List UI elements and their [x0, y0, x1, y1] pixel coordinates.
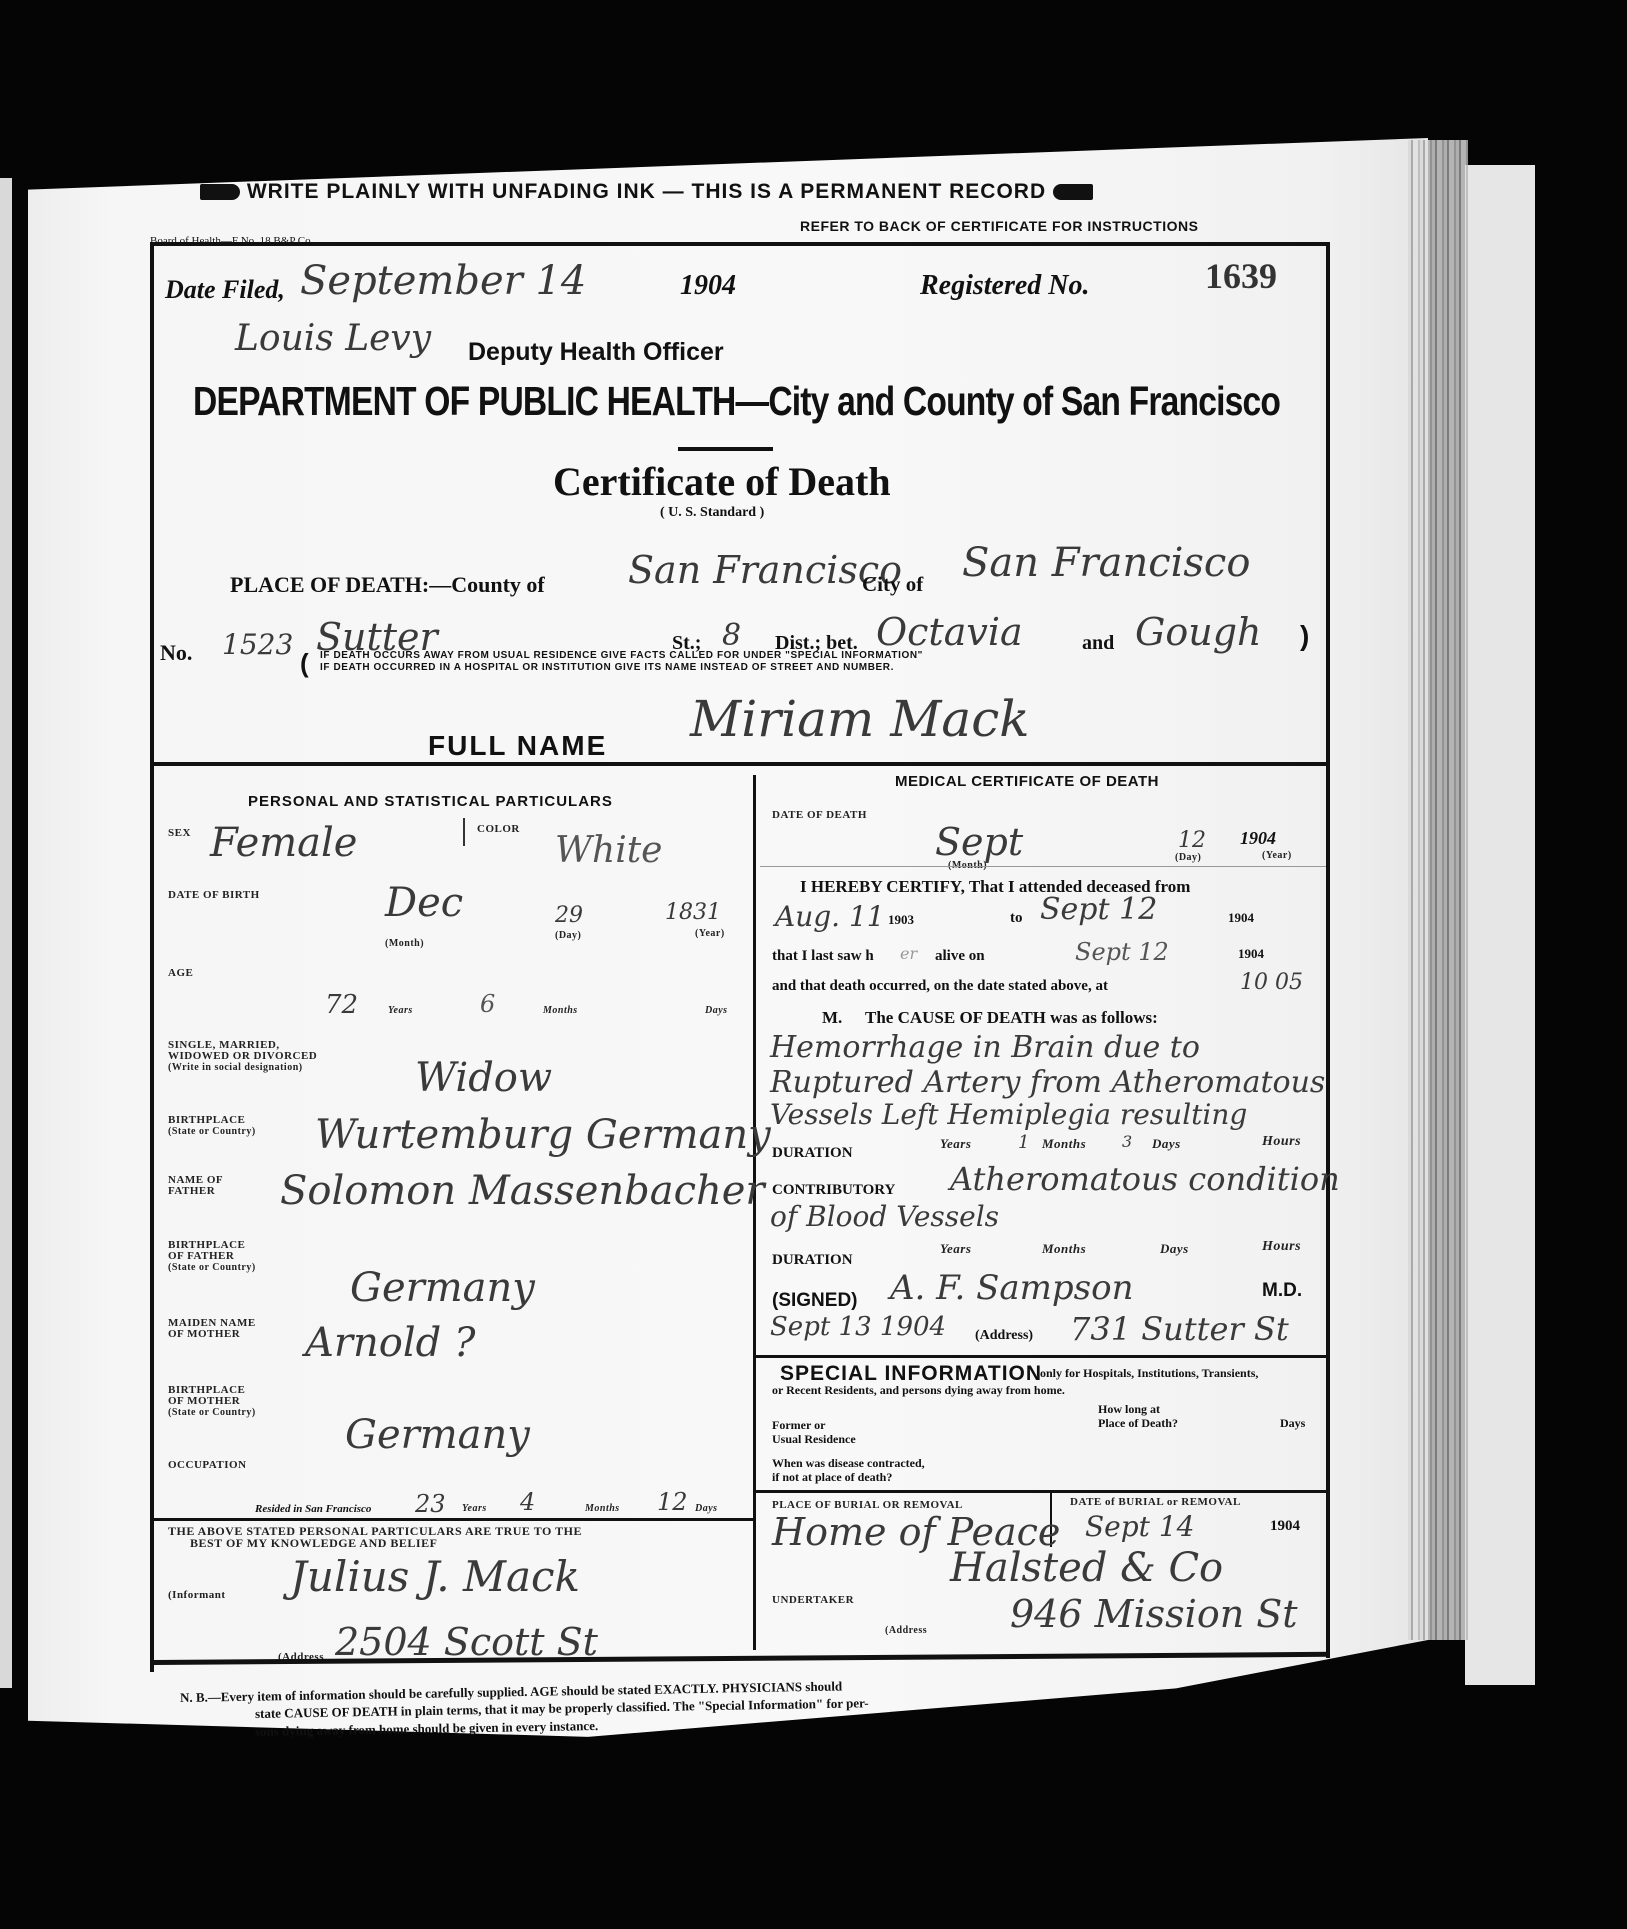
city-value: San Francisco	[962, 540, 1250, 586]
undertaker-label: UNDERTAKER	[772, 1595, 854, 1606]
duration-years-caption: Years	[940, 1138, 971, 1149]
father-bp-label-2: OF FATHER	[168, 1251, 234, 1262]
county-value: San Francisco	[628, 548, 902, 592]
last-saw-date: Sept 12	[1075, 938, 1169, 966]
informant-name: Julius J. Mack	[290, 1552, 580, 1601]
resided-months-caption: Months	[585, 1503, 620, 1514]
and-label: and	[1082, 632, 1114, 655]
sex-color-divider	[463, 818, 465, 846]
street-no-label: No.	[160, 640, 192, 666]
adjacent-page-edge	[0, 178, 12, 1688]
dob-label: DATE OF BIRTH	[168, 890, 260, 901]
place-note-2: IF DEATH OCCURRED IN A HOSPITAL OR INSTI…	[320, 662, 894, 673]
signed-label: (SIGNED)	[772, 1290, 858, 1312]
page-stack-edge	[1408, 140, 1468, 1640]
special-divider	[756, 1355, 1326, 1358]
undertaker-address-label: (Address	[885, 1625, 927, 1636]
marital-label-2: WIDOWED OR DIVORCED	[168, 1051, 317, 1062]
age-months-caption: Months	[543, 1005, 578, 1016]
top-border	[150, 242, 1330, 246]
full-name-label: FULL NAME	[428, 730, 607, 762]
informant-statement-2: BEST OF MY KNOWLEDGE AND BELIEF	[190, 1538, 437, 1549]
dob-year: 1831	[665, 900, 721, 925]
md-label: M.D.	[1262, 1280, 1302, 1302]
informant-label: (Informant	[168, 1590, 226, 1601]
date-filed-value: September 14	[300, 258, 586, 304]
contracted-label-1: When was disease contracted,	[772, 1456, 925, 1471]
age-label: AGE	[168, 968, 193, 979]
age-years-caption: Years	[388, 1005, 413, 1016]
close-paren: )	[1300, 620, 1309, 652]
attended-to: Sept 12	[1040, 892, 1157, 927]
refer-note: REFER TO BACK OF CERTIFICATE FOR INSTRUC…	[800, 218, 1198, 234]
duration-label: DURATION	[772, 1145, 853, 1162]
duration2-label: DURATION	[772, 1252, 853, 1269]
time-suffix: M.	[822, 1008, 842, 1028]
open-paren: (	[300, 648, 309, 679]
sex-label: SEX	[168, 828, 191, 839]
right-border	[1326, 242, 1330, 1658]
burial-divider	[756, 1490, 1326, 1493]
occurred-text: and that death occurred, on the date sta…	[772, 978, 1108, 995]
birthplace-label-1: BIRTHPLACE	[168, 1115, 245, 1126]
former-label-1: Former or	[772, 1418, 825, 1433]
signed-date: Sept 13 1904	[770, 1312, 946, 1342]
attended-from-year: 1903	[888, 912, 914, 928]
cause-line-3: Vessels Left Hemiplegia resulting	[770, 1098, 1247, 1131]
officer-signature: Louis Levy	[235, 318, 431, 359]
dod-divider	[760, 866, 1326, 867]
mother-label-2: OF MOTHER	[168, 1329, 240, 1340]
physician-address-label: (Address)	[975, 1328, 1033, 1344]
birthplace-label-2: (State or Country)	[168, 1126, 256, 1137]
last-saw-pronoun: er	[900, 944, 917, 963]
left-border	[150, 242, 154, 1672]
ink-instruction: WRITE PLAINLY WITH UNFADING INK — THIS I…	[200, 180, 1093, 204]
duration2-months-caption: Months	[1042, 1243, 1086, 1254]
sex-value: Female	[210, 820, 357, 866]
duration2-years-caption: Years	[940, 1243, 971, 1254]
father-birthplace: Germany	[350, 1265, 535, 1311]
father-label-2: FATHER	[168, 1186, 215, 1197]
duration-hours-caption: Hours	[1262, 1136, 1301, 1147]
dob-month: Dec	[385, 880, 463, 926]
dod-day: 12	[1178, 828, 1206, 853]
mother-bp-label-2: OF MOTHER	[168, 1396, 240, 1407]
physician-address: 731 Sutter St	[1070, 1310, 1289, 1348]
duration2-days-caption: Days	[1160, 1243, 1189, 1254]
occupation-label: OCCUPATION	[168, 1460, 247, 1471]
physician-signature: A. F. Sampson	[890, 1268, 1133, 1308]
burial-date-label: DATE of BURIAL or REMOVAL	[1070, 1497, 1241, 1508]
alive-on-label: alive on	[935, 948, 985, 965]
date-filed-label: Date Filed,	[165, 275, 285, 305]
certificate-title: Certificate of Death	[553, 458, 891, 505]
age-days-caption: Days	[705, 1005, 728, 1016]
cause-label: The CAUSE OF DEATH was as follows:	[865, 1008, 1158, 1028]
informant-divider	[154, 1518, 754, 1521]
cross-street-1: Octavia	[876, 610, 1023, 654]
age-years: 72	[325, 990, 358, 1020]
duration-days: 3	[1122, 1132, 1132, 1151]
medical-heading: MEDICAL CERTIFICATE OF DEATH	[895, 773, 1159, 790]
dod-year-caption: (Year)	[1262, 850, 1292, 861]
registered-label: Registered No.	[920, 270, 1090, 302]
burial-date-value: Sept 14	[1085, 1510, 1194, 1543]
how-long-label-2: Place of Death?	[1098, 1416, 1178, 1431]
duration-months-caption: Months	[1042, 1138, 1086, 1149]
pointing-hand-right-icon	[200, 184, 240, 200]
department-title: DEPARTMENT OF PUBLIC HEALTH—City and Cou…	[193, 378, 1280, 425]
dob-day: 29	[555, 903, 583, 928]
special-heading-line2: or Recent Residents, and persons dying a…	[772, 1383, 1065, 1398]
cause-line-1: Hemorrhage in Brain due to	[770, 1030, 1200, 1065]
dob-year-caption: (Year)	[695, 928, 725, 939]
resided-label: Resided in San Francisco	[255, 1503, 371, 1515]
former-label-2: Usual Residence	[772, 1432, 856, 1447]
contributory-label: CONTRIBUTORY	[772, 1182, 895, 1199]
city-label: City of	[862, 572, 923, 597]
dod-month: Sept	[935, 820, 1023, 864]
birthplace-value: Wurtemburg Germany	[315, 1112, 771, 1158]
last-saw-label: that I last saw h	[772, 948, 874, 965]
pointing-hand-left-icon	[1053, 184, 1093, 200]
officer-title: Deputy Health Officer	[468, 338, 724, 367]
marital-value: Widow	[415, 1055, 552, 1101]
title-divider	[678, 447, 773, 451]
to-label: to	[1010, 910, 1023, 927]
dob-day-caption: (Day)	[555, 930, 581, 941]
dob-month-caption: (Month)	[385, 938, 424, 949]
undertaker-address: 946 Mission St	[1010, 1592, 1298, 1636]
father-bp-label-3: (State or Country)	[168, 1262, 256, 1273]
age-months: 6	[480, 990, 495, 1018]
marital-label-3: (Write in social designation)	[168, 1062, 303, 1073]
last-saw-year: 1904	[1238, 946, 1264, 962]
standard-note: ( U. S. Standard )	[660, 505, 764, 521]
street-number: 1523	[222, 628, 293, 661]
duration2-hours-caption: Hours	[1262, 1241, 1301, 1252]
duration-months: 1	[1018, 1132, 1029, 1153]
personal-heading: PERSONAL AND STATISTICAL PARTICULARS	[248, 793, 613, 810]
time-of-death: 10 05	[1240, 970, 1303, 995]
dod-day-caption: (Day)	[1175, 852, 1201, 863]
father-name: Solomon Massenbacher	[280, 1168, 765, 1214]
ink-instruction-text: WRITE PLAINLY WITH UNFADING INK — THIS I…	[247, 180, 1046, 203]
resided-days-caption: Days	[695, 1503, 718, 1514]
mother-maiden-name: Arnold ?	[305, 1320, 475, 1366]
cause-line-2: Ruptured Artery from Atheromatous	[770, 1065, 1325, 1100]
dod-year: 1904	[1240, 828, 1276, 849]
contributory-line-2: of Blood Vessels	[770, 1200, 999, 1233]
burial-year: 1904	[1270, 1518, 1300, 1535]
dod-label: DATE OF DEATH	[772, 810, 867, 821]
place-note-1: IF DEATH OCCURS AWAY FROM USUAL RESIDENC…	[320, 650, 923, 661]
resided-years-caption: Years	[462, 1503, 487, 1514]
special-heading-suffix: only for Hospitals, Institutions, Transi…	[1040, 1366, 1258, 1381]
mother-bp-label-3: (State or Country)	[168, 1407, 256, 1418]
mother-birthplace: Germany	[345, 1412, 530, 1458]
attended-to-year: 1904	[1228, 910, 1254, 926]
resided-days: 12	[657, 1488, 688, 1516]
back-page-edge	[1465, 165, 1535, 1685]
resided-years: 23	[415, 1490, 446, 1518]
full-name-value: Miriam Mack	[690, 690, 1030, 748]
district-number: 8	[722, 618, 741, 653]
duration-days-caption: Days	[1152, 1138, 1181, 1149]
how-long-label-1: How long at	[1098, 1402, 1160, 1417]
date-filed-year: 1904	[680, 270, 736, 302]
resided-months: 4	[520, 1488, 535, 1516]
name-divider	[154, 762, 1328, 766]
attended-from: Aug. 11	[775, 900, 885, 933]
color-value: White	[555, 830, 662, 871]
undertaker-value: Halsted & Co	[950, 1545, 1223, 1591]
contracted-label-2: if not at place of death?	[772, 1470, 892, 1485]
registered-number: 1639	[1205, 255, 1277, 297]
how-long-days-label: Days	[1280, 1416, 1305, 1431]
cross-street-2: Gough	[1135, 610, 1262, 654]
color-label: COLOR	[477, 824, 520, 835]
contributory-line-1: Atheromatous condition	[950, 1160, 1340, 1198]
place-of-death-label: PLACE OF DEATH:—County of	[230, 572, 545, 598]
